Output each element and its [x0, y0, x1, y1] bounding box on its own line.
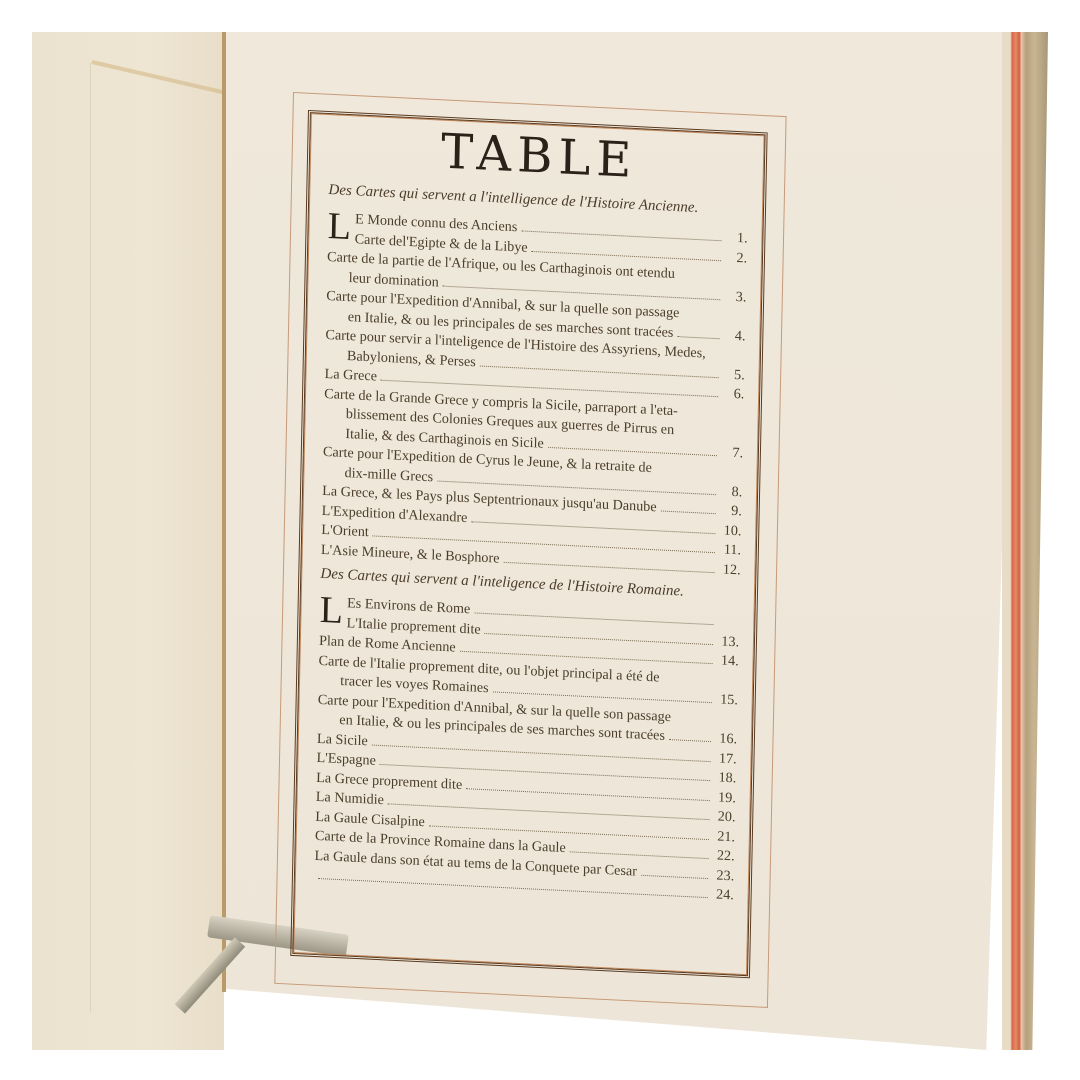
table-of-contents: TABLE Des Cartes qui servent a l'intelli…: [314, 118, 750, 906]
dropcap: L: [319, 593, 343, 628]
page-crease: [90, 62, 223, 1012]
page-edges: [1002, 32, 1048, 1050]
left-page: [32, 32, 224, 1050]
book-gutter: [222, 32, 226, 992]
dropcap: L: [327, 209, 351, 244]
